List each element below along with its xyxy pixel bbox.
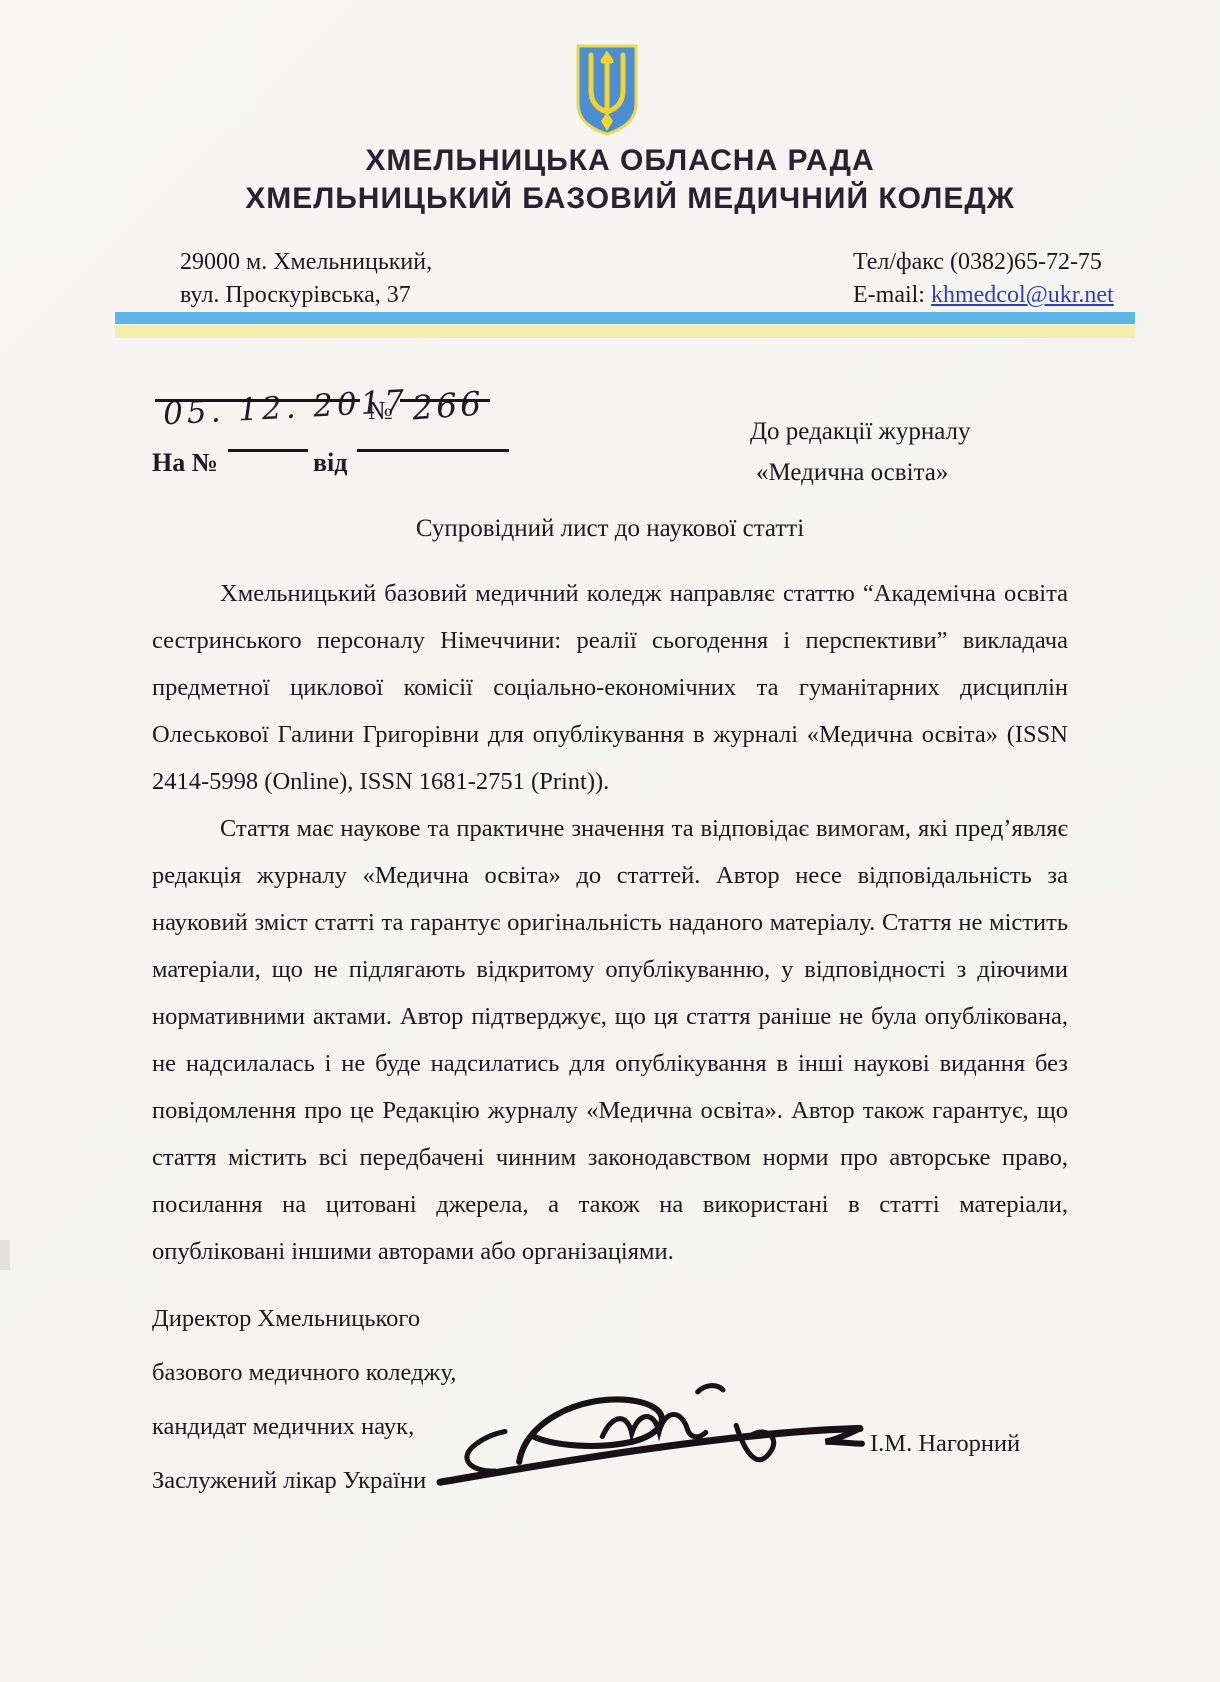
number-sign: № — [368, 396, 393, 426]
letter-subject: Супровідний лист до наукової статті — [0, 515, 1220, 543]
handwritten-signature — [432, 1372, 868, 1490]
signature-title-block: Директор Хмельницького базового медичног… — [152, 1292, 456, 1508]
signature-title-line3: кандидат медичних наук, — [152, 1400, 456, 1454]
organization-title-line1: ХМЕЛЬНИЦЬКА ОБЛАСНА РАДА — [0, 144, 1220, 178]
email-label: E-mail: — [853, 282, 931, 308]
reply-vid-blank — [357, 449, 509, 452]
signature-title-line2: базового медичного коледжу, — [152, 1346, 456, 1400]
letterhead-stripe-yellow — [115, 325, 1135, 338]
signer-name: І.М. Нагорний — [870, 1430, 1020, 1458]
recipient-line1: До редакції журналу — [750, 418, 971, 446]
scan-artifact — [0, 1240, 10, 1270]
date-underline — [155, 399, 360, 402]
signature-title-line1: Директор Хмельницького — [152, 1292, 456, 1346]
address-block: 29000 м. Хмельницький, вул. Проскурівськ… — [180, 246, 432, 312]
signature-title-line4: Заслужений лікар України — [152, 1454, 456, 1508]
reply-vid-label: від — [313, 448, 347, 478]
ukraine-trident-emblem-icon — [574, 42, 640, 138]
body-paragraph-1: Хмельницький базовий медичний коледж нап… — [152, 570, 1068, 805]
handwritten-number: 266 — [411, 384, 486, 428]
address-line2: вул. Проскурівська, 37 — [180, 279, 432, 312]
reply-na-label: На № — [152, 448, 218, 478]
body-paragraph-2: Стаття має наукове та практичне значення… — [152, 805, 1068, 1275]
letterhead-stripe-blue — [115, 312, 1135, 324]
email-link[interactable]: khmedcol@ukr.net — [931, 282, 1114, 308]
contact-block: Тел/факс (0382)65-72-75 E-mail: khmedcol… — [853, 246, 1114, 312]
phone-fax: Тел/факс (0382)65-72-75 — [853, 246, 1114, 279]
scanned-letter-page: ХМЕЛЬНИЦЬКА ОБЛАСНА РАДА ХМЕЛЬНИЦЬКИЙ БА… — [0, 0, 1220, 1682]
reply-na-blank — [228, 449, 308, 452]
letter-body: Хмельницький базовий медичний коледж нап… — [152, 570, 1068, 1275]
organization-title-line2: ХМЕЛЬНИЦЬКИЙ БАЗОВИЙ МЕДИЧНИЙ КОЛЕДЖ — [0, 182, 1220, 216]
number-underline — [400, 399, 490, 402]
address-line1: 29000 м. Хмельницький, — [180, 246, 432, 279]
recipient-line2: «Медична освіта» — [756, 459, 948, 487]
email-line: E-mail: khmedcol@ukr.net — [853, 279, 1114, 312]
